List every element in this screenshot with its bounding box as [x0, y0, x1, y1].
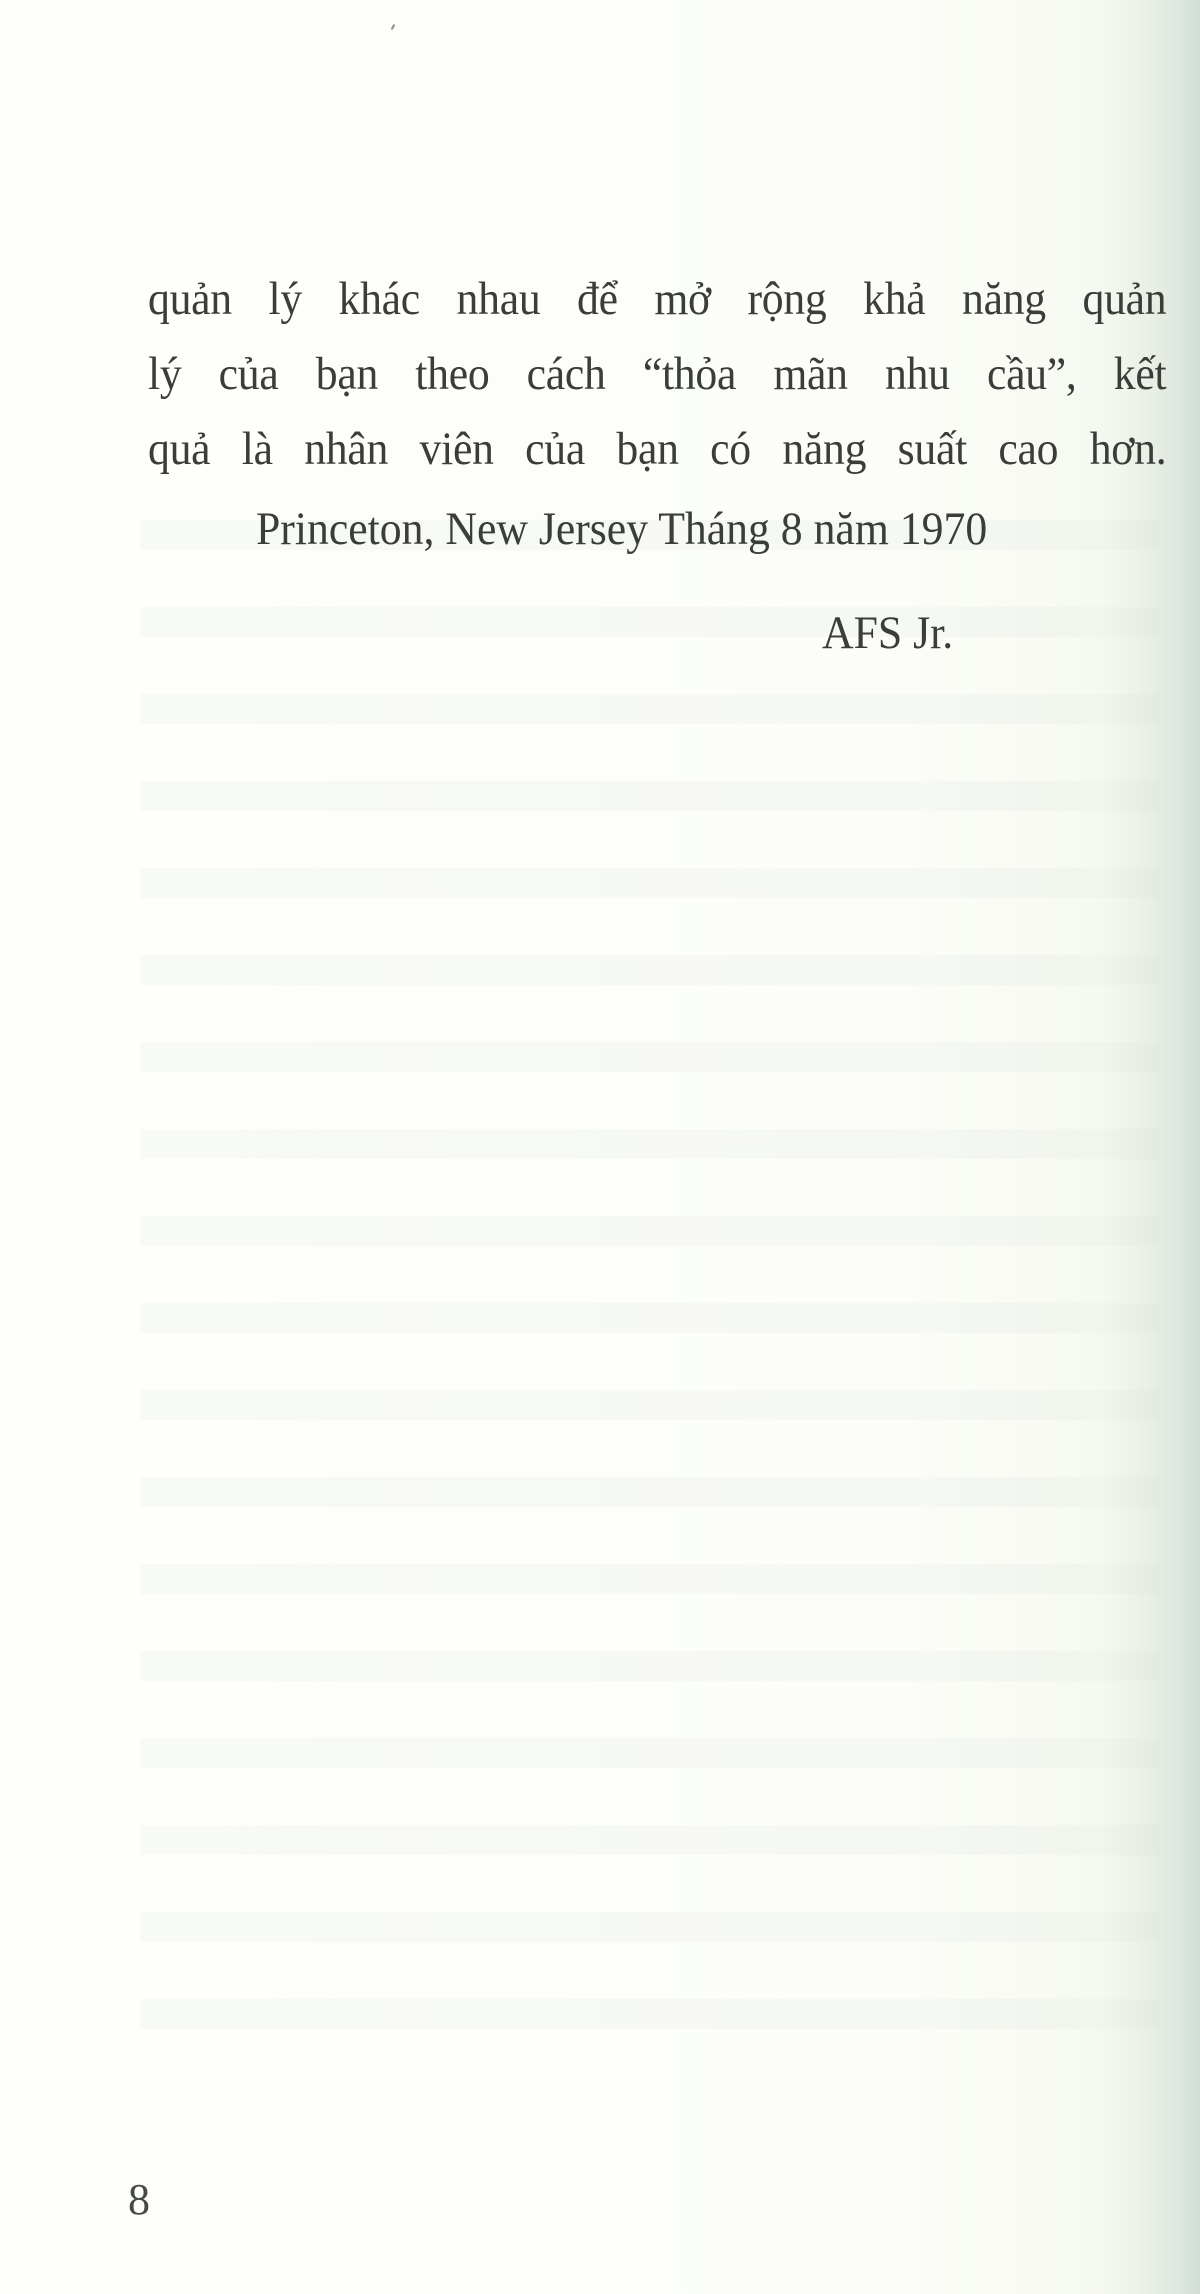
body-paragraph: quản lý khác nhau để mở rộng khả năng qu… — [148, 262, 1166, 487]
author-signature: AFS Jr. — [822, 596, 953, 671]
body-line: quả là nhân viên của bạn có năng suất ca… — [148, 412, 1166, 487]
body-line: lý của bạn theo cách “thỏa mãn nhu cầu”,… — [148, 337, 1166, 412]
show-through-texture — [140, 480, 1160, 2080]
paper-speck — [391, 24, 396, 30]
body-line: quản lý khác nhau để mở rộng khả năng qu… — [148, 262, 1166, 337]
place-and-date: Princeton, New Jersey Tháng 8 năm 1970 — [256, 492, 987, 567]
book-page: quản lý khác nhau để mở rộng khả năng qu… — [0, 0, 1200, 2294]
page-number: 8 — [128, 2170, 150, 2230]
